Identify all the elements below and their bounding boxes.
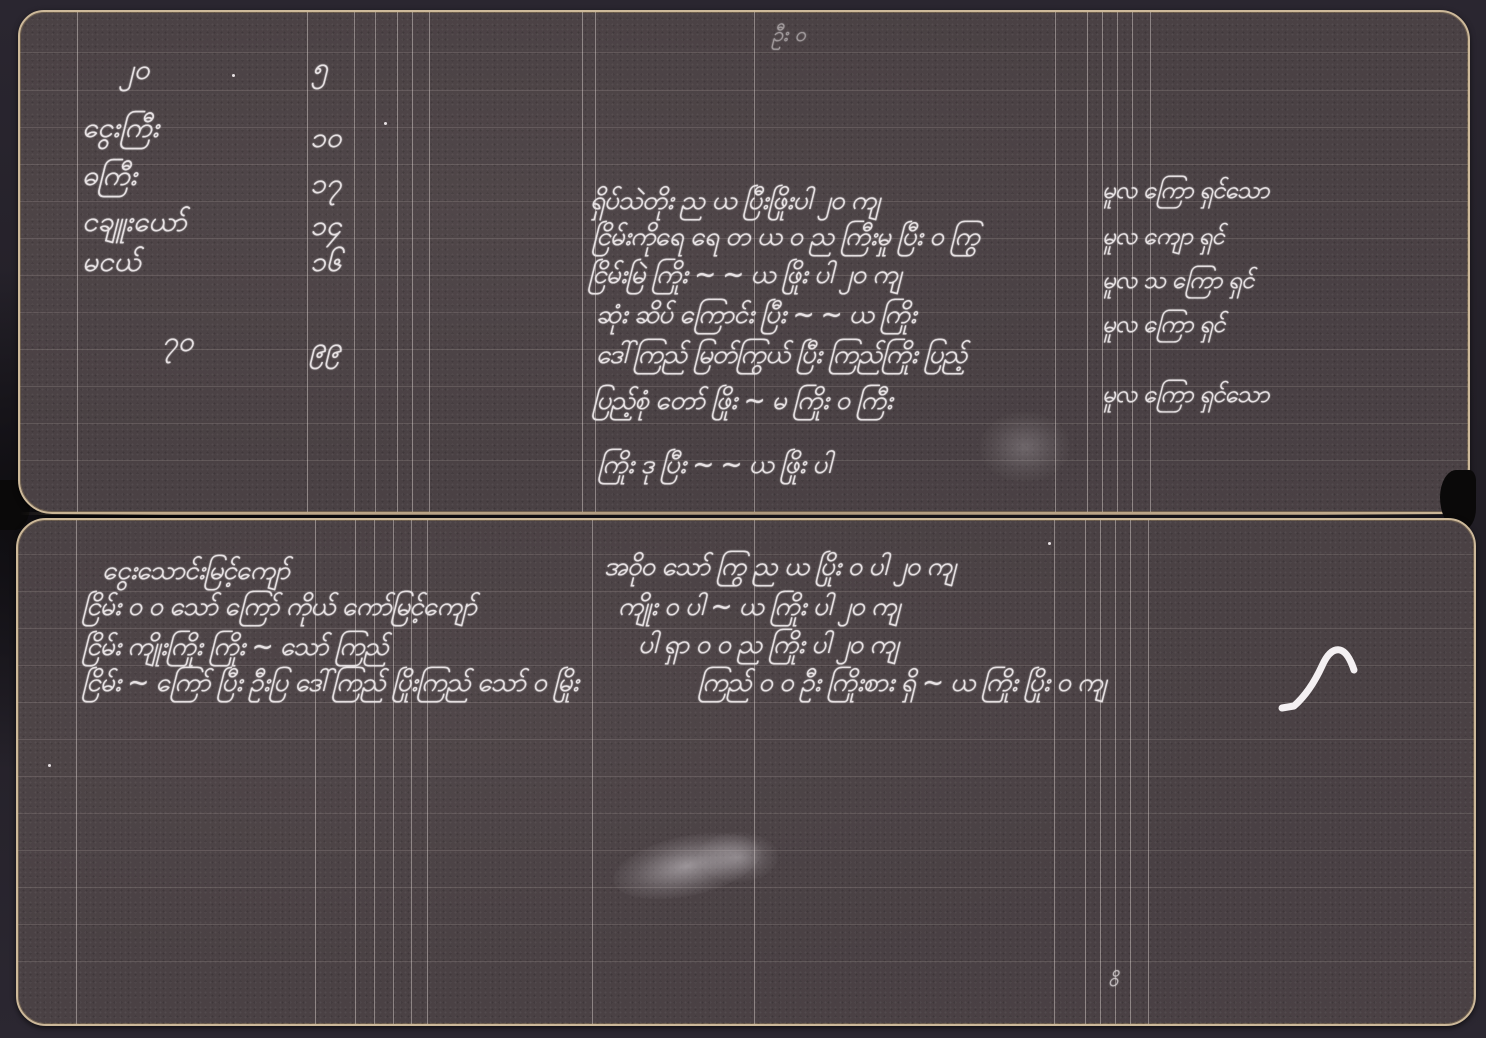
column-header: ၂၀ [120,56,150,84]
text-line: ပြည့်စုံ တော် ဖြိုး ~ မ ကြိုး ဝ ကြီး [592,388,892,414]
fold-crease [20,512,1466,515]
name-entry: မငယ် [82,248,141,276]
text-line: အဝိုဝ သော် ကြွ ည ယ ပြိုး ဝ ပါ ၂၀ ကျ [604,554,955,580]
ruling [18,665,1474,666]
ruling [397,12,398,512]
top-folio: ၂၀ ငွေးကြီး ဓကြီး ငချူးယော် မငယ် ၇၀ ၅ ၁၀… [18,10,1470,514]
text-line: ငြိမ်း ကျိုးကြိုး ကြိုး ~ သော် ကြည် [82,634,388,660]
ruling [20,52,1468,53]
text-line: ကြည် ၀ ၀ ဦး ကြိုးစား ရှိ ~ ယ ကြိုး ပြိုး… [698,670,1106,696]
ruling [18,702,1474,703]
ruling [1085,520,1086,1024]
number-entry: ၁၀ [310,124,342,152]
chalk-speck [384,122,387,125]
ruling [1087,12,1088,512]
chalk-speck [48,764,51,767]
right-entry: မူလ ကြော ရှင်သော [1102,382,1269,406]
ruling [18,776,1474,777]
s-mark-icon [1268,630,1368,720]
ruling [1054,520,1055,1024]
text-line: ကျိုး ဝ ပါ ~ ယ ကြိုး ပါ ၂၀ ကျ [618,594,900,620]
text-line: ငွေးသောင်းမြင့်ကျော် [102,558,289,584]
ruling [375,12,376,512]
ruling [592,520,593,1024]
ruling [582,12,583,512]
right-entry: မူလ ကြော ရှင်သော [1102,178,1269,202]
ruling [412,12,413,512]
text-line: ငြိမ်းမြဲ ကြိုး ~ ~ ယ ဖြိုး ပါ ၂၀ ကျ [588,262,901,288]
number-header: ၅ [312,54,328,82]
text-line: ပါ ရှာ ဝ ဝ ည ကြိုး ပါ ၂၀ ကျ [638,632,898,658]
text-line: ငြိမ်း ဝ ဝ သော် ကြော် ကိုယ် ကော်မြင့်ကျေ… [82,594,476,620]
name-entry: ငွေးကြီး [82,114,159,142]
ruling [1132,12,1133,512]
ruling [18,628,1474,629]
ruling [307,12,308,512]
number-entry: ၁၆ [310,248,342,276]
ruling [18,961,1474,962]
text-line: ရှိပ်သဲတိုး ည ယ ပြီးဖြိုးပါ ၂၀ ကျ [590,188,879,214]
ruling [354,12,355,512]
column-footer: ၇၀ [162,328,194,356]
faint-marks: ဦး ဝ [772,24,806,44]
ruling [1150,12,1151,512]
name-entry: ငချူးယော် [82,208,187,236]
ruling [20,164,1468,165]
chalk-smudge [698,832,778,882]
chalk-speck [1048,542,1051,545]
text-line: ငြိမ်းကိုရေ ရေ တ ယ ၀ ည ကြီးမှု ပြီး ၀ ကြ… [592,224,979,250]
ruling [20,423,1468,424]
text-line: ငြိမ်း ~ ကြော် ပြီး ဦးပြ ဒေါ်ကြည် ပြိုးက… [82,670,578,696]
chalk-smudge [980,412,1070,482]
page-mark: ဝိ [1108,972,1118,990]
ruling [76,520,77,1024]
ruling [1115,520,1116,1024]
ruling [18,887,1474,888]
text-line: ဆုံး ဆိပ် ကြောင်း ပြီး ~ ~ ယ ကြိုး [596,302,916,328]
chalk-speck [232,74,235,77]
right-entry: မူလ သ ကြော ရှင် [1102,268,1253,292]
name-entry: ဓကြီး [82,162,137,190]
ruling [1148,520,1149,1024]
text-line: ဒေါ်ကြည် မြတ်ကြွယ် ပြီး ကြည်ကြိုး ပြည့် [596,342,966,368]
text-line: ကြိုး ဒု ပြီး ~ ~ ယ ဖြိုး ပါ [598,452,831,478]
bottom-folio: ငွေးသောင်းမြင့်ကျော် ငြိမ်း ဝ ဝ သော် ကြေ… [16,518,1476,1026]
ruling [20,127,1468,128]
ruling [1130,520,1131,1024]
number-entry: ၁၄ [310,212,342,240]
ruling [18,924,1474,925]
ruling [1100,520,1101,1024]
ruling [18,813,1474,814]
ruling [429,12,430,512]
ruling [1117,12,1118,512]
ruling [18,739,1474,740]
right-entry: မူလ ကျော ရှင် [1102,224,1224,248]
number-footer: ၉၉ [310,334,342,362]
right-entry: မူလ ကြော ရှင် [1102,312,1224,336]
ruling [20,90,1468,91]
number-entry: ၁၇ [310,170,342,198]
ruling [77,12,78,512]
ruling [1102,12,1103,512]
